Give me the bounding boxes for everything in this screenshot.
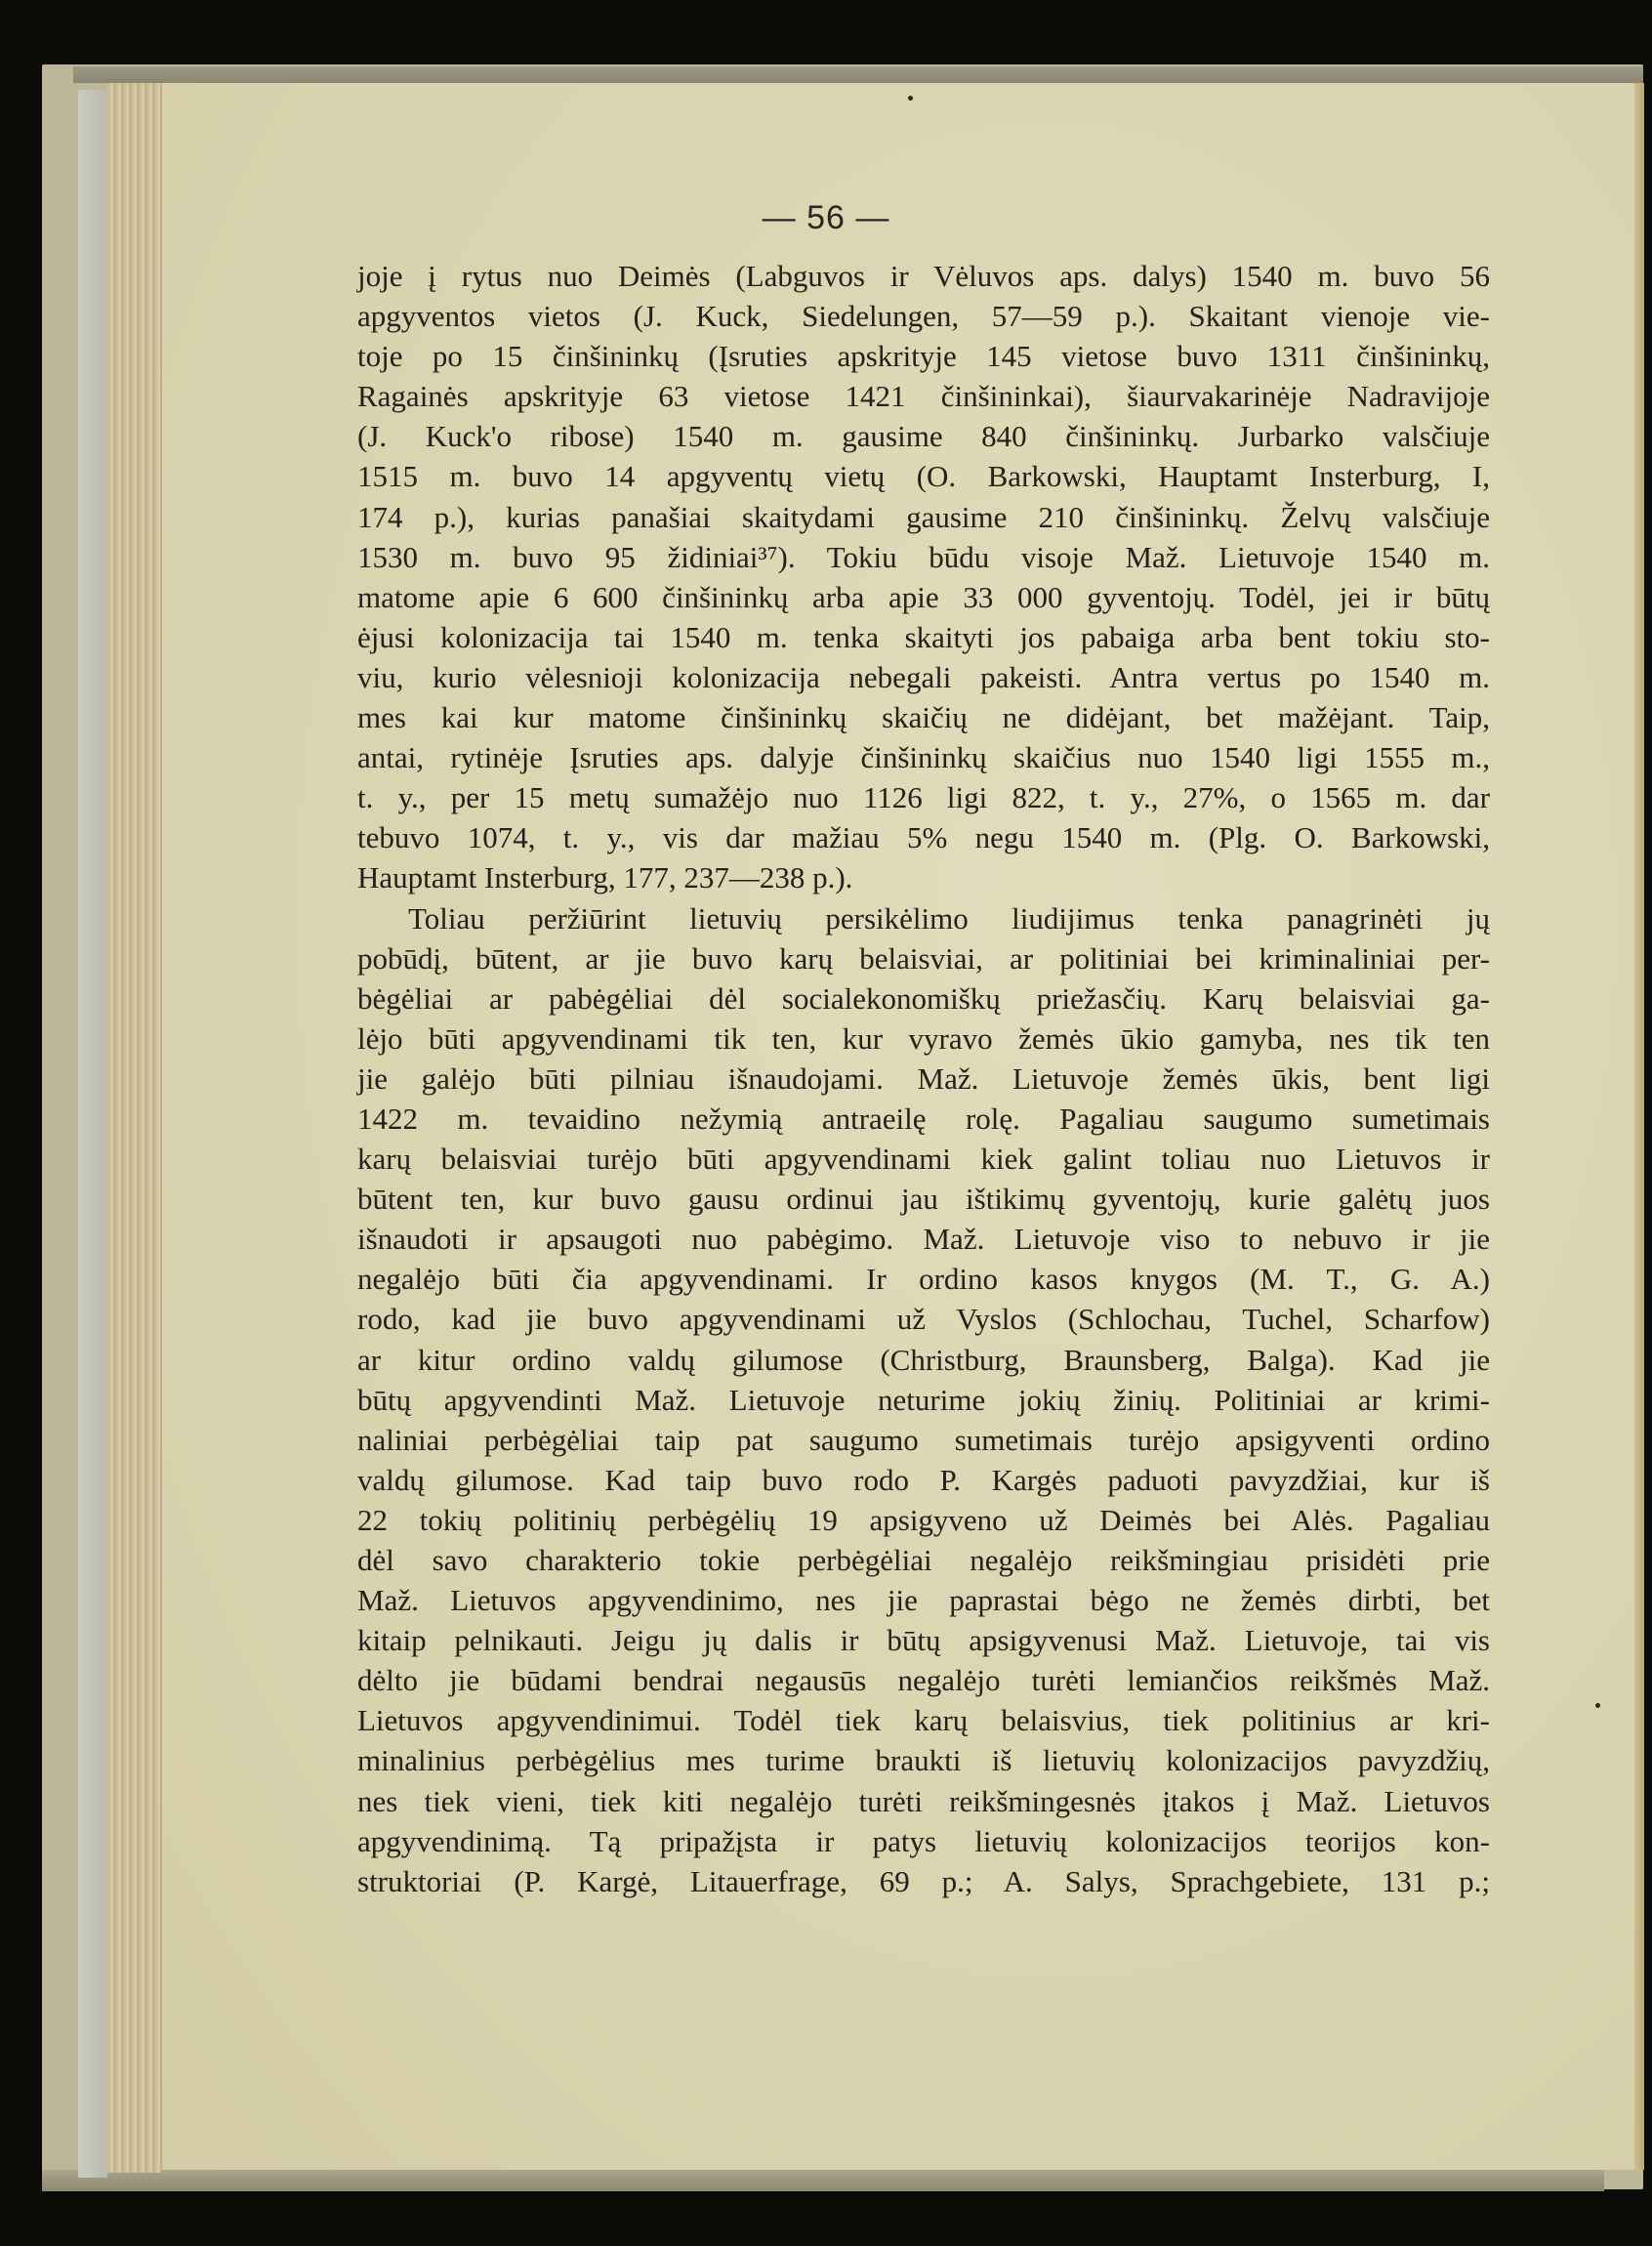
page-stack-edges bbox=[107, 83, 162, 2173]
text-line: bėgėliai ar pabėgėliai dėl socialekonomi… bbox=[357, 978, 1490, 1019]
text-line: 1422 m. tevaidino nežymią antraeilę rolę… bbox=[357, 1099, 1490, 1139]
text-line: ar kitur ordino valdų gilumose (Christbu… bbox=[357, 1340, 1490, 1380]
book-top-edge bbox=[73, 66, 1643, 83]
text-line: dėl savo charakterio tokie perbėgėliai n… bbox=[357, 1540, 1490, 1580]
paper-speck bbox=[1595, 1703, 1600, 1708]
text-line: toje po 15 činšininkų (Įsruties apskrity… bbox=[357, 336, 1490, 376]
paragraph-2: Toliau peržiūrint lietuvių persikėlimo l… bbox=[357, 898, 1490, 1901]
book-bottom-edge bbox=[42, 2170, 1604, 2191]
text-line: 1530 m. buvo 95 židiniai³⁷). Tokiu būdu … bbox=[357, 537, 1490, 577]
text-line: pobūdį, būtent, ar jie buvo karų belaisv… bbox=[357, 938, 1490, 978]
text-line: jie galėjo būti pilniau išnaudojami. Maž… bbox=[357, 1059, 1490, 1099]
text-line: nes tiek vieni, tiek kiti negalėjo turėt… bbox=[357, 1781, 1490, 1821]
text-line: viu, kurio vėlesnioji kolonizacija nebeg… bbox=[357, 657, 1490, 697]
text-line: mes kai kur matome činšininkų skaičių ne… bbox=[357, 697, 1490, 737]
text-line: negalėjo būti čia apgyvendinami. Ir ordi… bbox=[357, 1259, 1490, 1299]
text-line: Toliau peržiūrint lietuvių persikėlimo l… bbox=[357, 898, 1490, 938]
text-line: lėjo būti apgyvendinami tik ten, kur vyr… bbox=[357, 1019, 1490, 1059]
text-line: antai, rytinėje Įsruties aps. dalyje čin… bbox=[357, 737, 1490, 777]
binding-strip bbox=[78, 90, 107, 2178]
text-line: kitaip pelnikauti. Jeigu jų dalis ir būt… bbox=[357, 1620, 1490, 1660]
text-line: apgyventos vietos (J. Kuck, Siedelungen,… bbox=[357, 296, 1490, 336]
text-line: 1515 m. buvo 14 apgyventų vietų (O. Bark… bbox=[357, 456, 1490, 496]
text-line: 22 tokių politinių perbėgėlių 19 apsigyv… bbox=[357, 1500, 1490, 1540]
page-number: — 56 — bbox=[0, 199, 1652, 237]
text-line: t. y., per 15 metų sumažėjo nuo 1126 lig… bbox=[357, 777, 1490, 817]
text-line: matome apie 6 600 činšininkų arba apie 3… bbox=[357, 577, 1490, 617]
text-line: joje į rytus nuo Deimės (Labguvos ir Vėl… bbox=[357, 256, 1490, 296]
text-line: karų belaisviai turėjo būti apgyvendinam… bbox=[357, 1139, 1490, 1179]
body-text: joje į rytus nuo Deimės (Labguvos ir Vėl… bbox=[357, 256, 1490, 1901]
text-line: valdų gilumose. Kad taip buvo rodo P. Ka… bbox=[357, 1460, 1490, 1500]
page-right-edge bbox=[1634, 83, 1644, 2170]
text-line: struktoriai (P. Kargė, Litauerfrage, 69 … bbox=[357, 1861, 1490, 1901]
text-line: (J. Kuck'o ribose) 1540 m. gausime 840 č… bbox=[357, 416, 1490, 456]
text-line: naliniai perbėgėliai taip pat saugumo su… bbox=[357, 1420, 1490, 1460]
text-line: apgyvendinimą. Tą pripažįsta ir patys li… bbox=[357, 1821, 1490, 1861]
text-line: 174 p.), kurias panašiai skaitydami gaus… bbox=[357, 497, 1490, 537]
text-line: minalinius perbėgėlius mes turime braukt… bbox=[357, 1740, 1490, 1780]
text-line: būtų apgyvendinti Maž. Lietuvoje neturim… bbox=[357, 1380, 1490, 1420]
text-line: Lietuvos apgyvendinimui. Todėl tiek karų… bbox=[357, 1700, 1490, 1740]
text-line: tebuvo 1074, t. y., vis dar mažiau 5% ne… bbox=[357, 817, 1490, 857]
paragraph-1: joje į rytus nuo Deimės (Labguvos ir Vėl… bbox=[357, 256, 1490, 898]
text-line: rodo, kad jie buvo apgyvendinami už Vysl… bbox=[357, 1299, 1490, 1339]
text-line: ėjusi kolonizacija tai 1540 m. tenka ska… bbox=[357, 617, 1490, 657]
text-line: Maž. Lietuvos apgyvendinimo, nes jie pap… bbox=[357, 1580, 1490, 1620]
text-line: išnaudoti ir apsaugoti nuo pabėgimo. Maž… bbox=[357, 1219, 1490, 1259]
text-line: dėlto jie būdami bendrai negausūs negalė… bbox=[357, 1660, 1490, 1700]
text-line: būtent ten, kur buvo gausu ordinui jau i… bbox=[357, 1179, 1490, 1219]
text-line: Hauptamt Insterburg, 177, 237—238 p.). bbox=[357, 857, 1490, 897]
text-line: Ragainės apskrityje 63 vietose 1421 činš… bbox=[357, 376, 1490, 416]
paper-speck bbox=[908, 96, 913, 101]
